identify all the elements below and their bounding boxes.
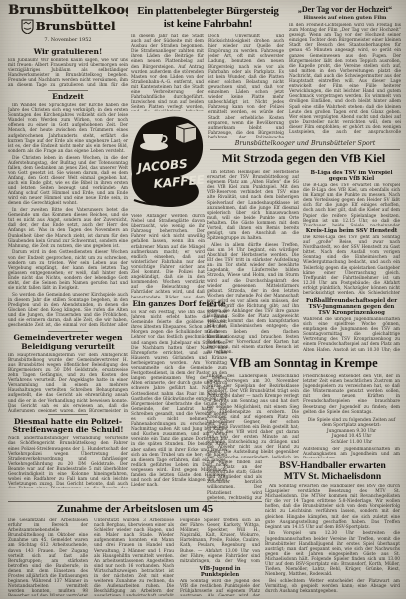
coat-of-arms-icon: [21, 19, 34, 34]
krempe-extra: Die Spiele finden auf dem Platz an der S…: [207, 460, 262, 502]
schedule-item: Schüler 11.00 Uhr: [303, 440, 400, 445]
headline-polizei-streifenwagen: Diesmal hatte ein Polizei-Streifenwagen …: [8, 418, 128, 435]
headline-handball: BSV-Handballer erwarten MTV St. Michaeli…: [265, 461, 400, 482]
subheadline-film-hinweis: Hinweis auf einen guten Film: [289, 15, 401, 21]
headline-krempe: VfB am Sonntag in Krempe: [207, 357, 400, 370]
masthead-title-line1: Brunsbüttelkoog: [8, 4, 128, 18]
masthead: Brunsbüttelkoog Brunsbüttel 7. November …: [8, 4, 128, 43]
newspaper-page: Brunsbüttelkoog Brunsbüttel 7. November …: [0, 0, 406, 599]
sport-section-kicker: Brunsbüttelkooger und Brunsbütteler Spor…: [210, 140, 400, 150]
paragraph: Im letzten Heimspiel der Herbstserie erw…: [207, 170, 299, 241]
left-column: Brunsbüttelkoog Brunsbüttel 7. November …: [8, 4, 128, 502]
headline-handball-line1: BSV-Handballer erwarten: [265, 461, 400, 472]
krempe-col2-body: Friedrichskoog entsendet den VfB, der in…: [303, 374, 400, 416]
arbeitslose-section: Zunahme der Arbeitslosen um 45 Die Gesam…: [8, 503, 262, 599]
arbeitslose-col1: Die Gesamtzahl der Arbeitslosen erfuhr i…: [8, 518, 88, 596]
article-body-endzeit: Im Wandel des Spruchgutes der Kirche hab…: [8, 103, 128, 328]
main-article-col2: Doch Unvernunft und Rücksichtslosigkeit …: [208, 34, 284, 138]
subarticle-kreisliga-body: Die Kreis-Liga des TSV geht am Sonntag a…: [303, 235, 400, 296]
paragraph: So werden die Gemeinden unserer Kirchspi…: [8, 293, 128, 328]
main-headline: Ein plattenbelegter Bürgersteig ist kein…: [129, 5, 287, 30]
main-headline-line1: Ein plattenbelegter Bürgersteig: [129, 5, 287, 18]
arbeitslose-col3-body-a: Folgende Spieler treffen sich an der Fäh…: [180, 518, 260, 564]
paragraph: Im Wandel des Spruchgutes der Kirche hab…: [8, 103, 128, 154]
krempe-col1: Infolge des Länderspiels Deutschland geg…: [207, 374, 299, 458]
masthead-title-line2: Brunsbüttel: [36, 20, 116, 33]
film-article: „Der Tag vor der Hochzeit“ Hinweis auf e…: [289, 5, 401, 135]
headline-endzeit: Endzeit: [8, 93, 128, 102]
main-headline-line2: ist keine Fahrbahn!: [129, 18, 287, 31]
article-body-gemeindevertreter: Im Hauptverhandlungstermin vor dem Amtsg…: [8, 353, 128, 412]
arbeitslose-col2: Unterstützt wurden 3 Arbeitslose nach Be…: [94, 518, 174, 596]
headline-wir-gratulieren: Wir gratulieren!: [8, 48, 128, 57]
main-article-col1: In diesem Jahr hat die Stadt auch auf de…: [131, 34, 204, 111]
article-body-gratulieren: Ein Jubiläum! Wir konnten kaum sagen, wi…: [8, 58, 128, 87]
subheadline-jungmannen: Fußballfreundschaftsspiel der TSV-Jungma…: [303, 298, 400, 316]
coffee-package-icon: [176, 123, 196, 143]
schedule-intro: Die Spiele sind zu folgenden Zeiten auf …: [303, 418, 400, 429]
jacobs-kaffee-ad: JACOBS KAFFEE: [128, 112, 206, 211]
paragraph: Am Sonntag erwarten die Handballer des B…: [265, 484, 400, 530]
strzoda-col1: Im letzten Heimspiel der Herbstserie erw…: [207, 170, 299, 356]
paragraph: Alles in allem dürfte dieses Treffen, da…: [207, 243, 299, 355]
paragraph: Die Christen leben in diesen Wochen, in …: [8, 156, 128, 207]
headline-arbeitslose: Zunahme der Arbeitslosen um 45: [8, 503, 262, 516]
section-rule: [8, 501, 262, 502]
article-divider: [48, 90, 89, 91]
article-divider: [48, 414, 89, 415]
paragraph: Darum wird in den Gottesdiensten dieser …: [8, 250, 128, 291]
paragraph: Im Vorspiel um 12.30 Uhr bestreiten die …: [265, 531, 400, 577]
issue-date: 7. November 1952: [8, 37, 128, 43]
mid-column-text: Viele Anfänger werden durch Nebel und St…: [131, 214, 205, 298]
article-body-handball: Am Sonntag erwarten die Handballer des B…: [265, 484, 400, 596]
subheadline-kreisliga: Kreis-Liga beim SSV Henstedt: [303, 228, 400, 234]
subarticle-bliga-body: Die B-Liga des TSV erwartet im Vorspiel …: [303, 183, 400, 226]
arbeitslose-col3: Folgende Spieler treffen sich an der Fäh…: [180, 518, 260, 596]
subheadline-bliga: B-Liga des TSV im Vorspiel gegen VfB Kie…: [303, 170, 400, 182]
paragraph: In der zweiten Bitte des Vaterunsers bet…: [8, 208, 128, 249]
headline-handball-line2: MTV St. Michaelisdonn: [265, 472, 400, 483]
paragraph: Bei schlechtem Wetter entscheidet der Pl…: [265, 579, 400, 594]
article-body-film: In den Freiheit-Lichtspielen wird von Fr…: [289, 23, 401, 135]
subheadline-vfb-jugend: VfB-Jugend in Punktspielen: [180, 566, 260, 578]
strzoda-col2: B-Liga des TSV im Vorspiel gegen VfB Kie…: [303, 170, 400, 356]
arbeitslose-col3-body-b: Am Sonntag wird die Jugend des VfB die r…: [180, 579, 260, 596]
headline-gemeindevertreter: Gemeindevertreter wegen Beleidigung veru…: [8, 334, 128, 351]
headline-hochzeit-film: „Der Tag vor der Hochzeit“: [289, 5, 401, 14]
headline-strzoda: Mit Strzoda gegen den VfB Kiel: [207, 152, 400, 165]
article-divider: [48, 331, 89, 332]
article-body-polizei: Nach anderthalbstündiger Verhandlung ver…: [8, 436, 128, 488]
subarticle-jungmannen-body: Während die übrigen Jugendmannschaften s…: [303, 317, 400, 353]
handball-article: — BSV-Handballer erwarten MTV St. Michae…: [265, 456, 400, 599]
krempe-col2: Friedrichskoog entsendet den VfB, der in…: [303, 374, 400, 458]
